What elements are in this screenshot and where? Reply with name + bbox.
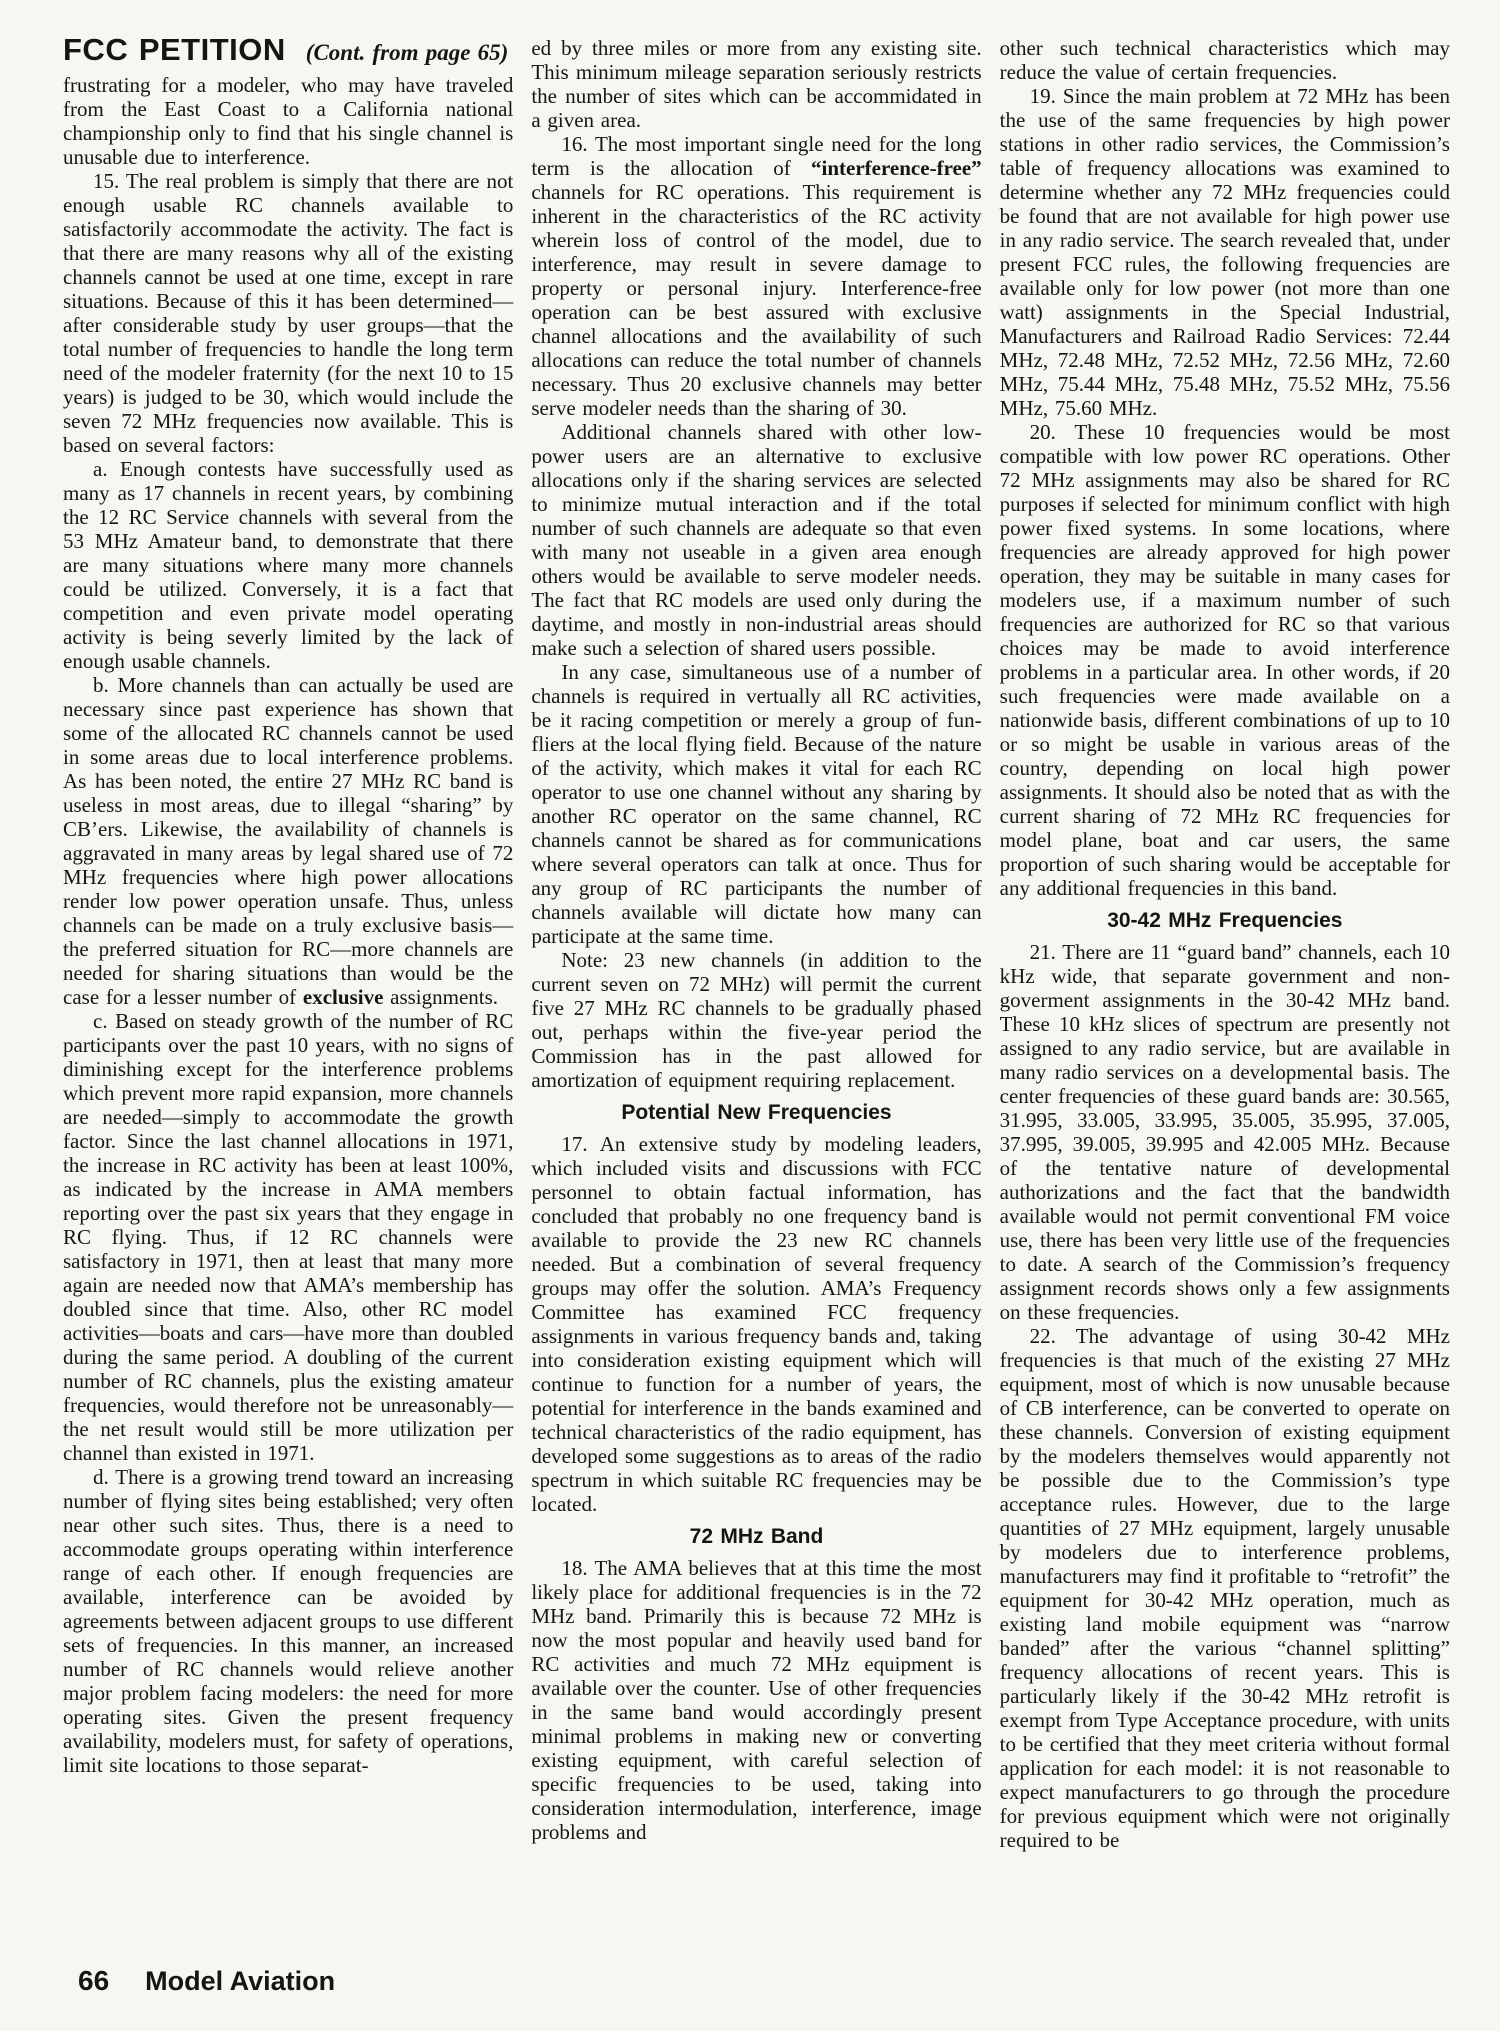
paragraph: 22. The advantage of using 30-42 MHz fre…: [1000, 1324, 1450, 1852]
article-header: FCC PETITION (Cont. from page 65): [63, 38, 513, 65]
magazine-page: FCC PETITION (Cont. from page 65) frustr…: [0, 0, 1500, 2031]
paragraph: 19. Since the main problem at 72 MHz has…: [1000, 84, 1450, 420]
page-number: 66: [78, 1965, 109, 1997]
paragraph: c. Based on steady growth of the number …: [63, 1009, 513, 1465]
paragraph: d. There is a growing trend toward an in…: [63, 1465, 513, 1777]
paragraph: a. Enough contests have successfully use…: [63, 457, 513, 673]
article-column-2: ed by three miles or more from any exist…: [531, 36, 981, 1852]
paragraph: 17. An extensive study by modeling leade…: [531, 1132, 981, 1516]
paragraph: 15. The real problem is simply that ther…: [63, 169, 513, 457]
paragraph: ed by three miles or more from any exist…: [531, 36, 981, 132]
article-title: FCC PETITION: [63, 38, 286, 62]
paragraph: Additional channels shared with other lo…: [531, 420, 981, 660]
page-footer: 66 Model Aviation: [78, 1965, 335, 1997]
paragraph: frustrating for a modeler, who may have …: [63, 73, 513, 169]
paragraph: other such technical characteristics whi…: [1000, 36, 1450, 84]
continuation-note: (Cont. from page 65): [306, 41, 509, 65]
paragraph: 20. These 10 frequencies would be most c…: [1000, 420, 1450, 900]
article-columns: FCC PETITION (Cont. from page 65) frustr…: [63, 36, 1450, 1852]
paragraph: 21. There are 11 “guard band” channels, …: [1000, 940, 1450, 1324]
section-heading: 30-42 MHz Frequencies: [1000, 909, 1450, 933]
paragraph: Note: 23 new channels (in addition to th…: [531, 948, 981, 1092]
magazine-title: Model Aviation: [145, 1966, 335, 1997]
article-column-1: FCC PETITION (Cont. from page 65) frustr…: [63, 36, 513, 1852]
paragraph: 16. The most important single need for t…: [531, 132, 981, 420]
section-heading: Potential New Frequencies: [531, 1101, 981, 1125]
paragraph: In any case, simultaneous use of a numbe…: [531, 660, 981, 948]
section-heading: 72 MHz Band: [531, 1525, 981, 1549]
paragraph: b. More channels than can actually be us…: [63, 673, 513, 1009]
article-column-3: other such technical characteristics whi…: [1000, 36, 1450, 1852]
paragraph: 18. The AMA believes that at this time t…: [531, 1556, 981, 1844]
